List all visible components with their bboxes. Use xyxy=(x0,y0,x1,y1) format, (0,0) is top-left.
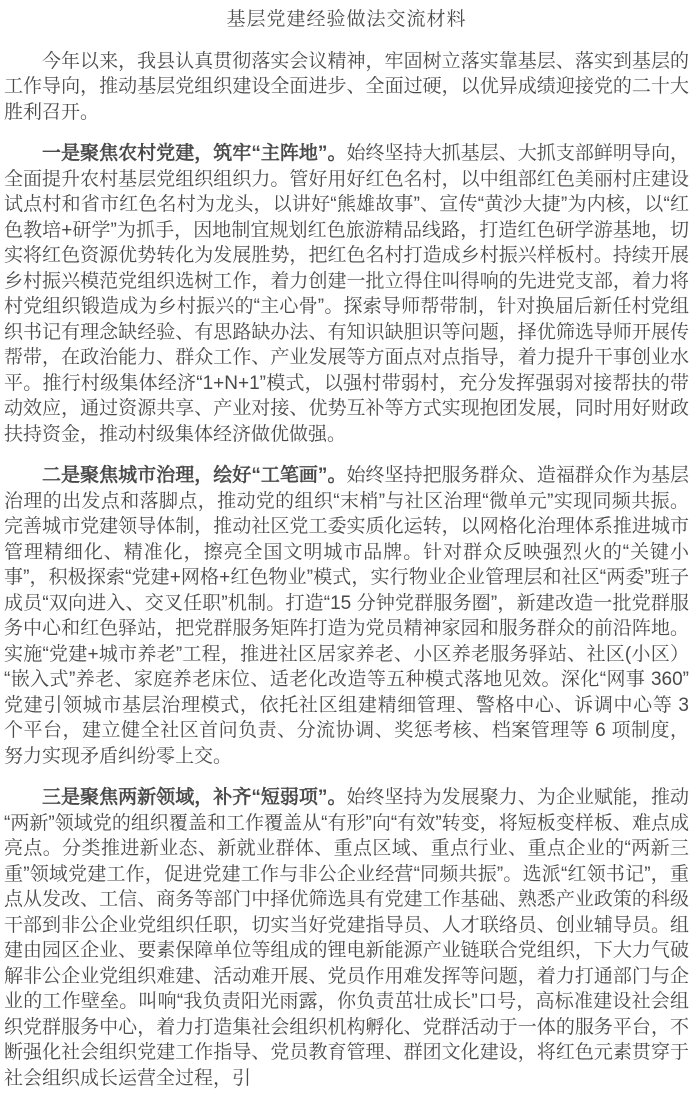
document-page: 基层党建经验做法交流材料 今年以来，我县认真贯彻落实会议精神，牢固树立落实靠基层… xyxy=(0,0,693,1091)
paragraph-text: 始终坚持为发展聚力、为企业赋能，推动“两新”领域党的组织覆盖和工作覆盖从“有形”… xyxy=(4,787,689,1089)
page-title: 基层党建经验做法交流材料 xyxy=(4,7,689,33)
paragraph: 二是聚焦城市治理，绘好“工笔画”。始终坚持把服务群众、造福群众作为基层治理的出发… xyxy=(4,463,689,769)
paragraph-text: 始终坚持大抓基层、大抓支部鲜明导向，全面提升农村基层党组织组织力。管好用好红色名… xyxy=(4,143,689,445)
paragraph-text: 今年以来，我县认真贯彻落实会议精神，牢固树立落实靠基层、落实到基层的工作导向，推… xyxy=(4,51,689,123)
paragraph-lead: 二是聚焦城市治理，绘好“工笔画”。 xyxy=(42,465,347,486)
paragraph: 三是聚焦两新领域，补齐“短弱项”。始终坚持为发展聚力、为企业赋能，推动“两新”领… xyxy=(4,785,689,1091)
paragraph: 一是聚焦农村党建，筑牢“主阵地”。始终坚持大抓基层、大抓支部鲜明导向，全面提升农… xyxy=(4,141,689,447)
paragraph: 今年以来，我县认真贯彻落实会议精神，牢固树立落实靠基层、落实到基层的工作导向，推… xyxy=(4,49,689,126)
paragraph-lead: 三是聚焦两新领域，补齐“短弱项”。 xyxy=(42,787,347,808)
paragraph-lead: 一是聚焦农村党建，筑牢“主阵地”。 xyxy=(42,143,347,164)
paragraph-text: 始终坚持把服务群众、造福群众作为基层治理的出发点和落脚点，推动党的组织“末梢”与… xyxy=(4,465,689,767)
